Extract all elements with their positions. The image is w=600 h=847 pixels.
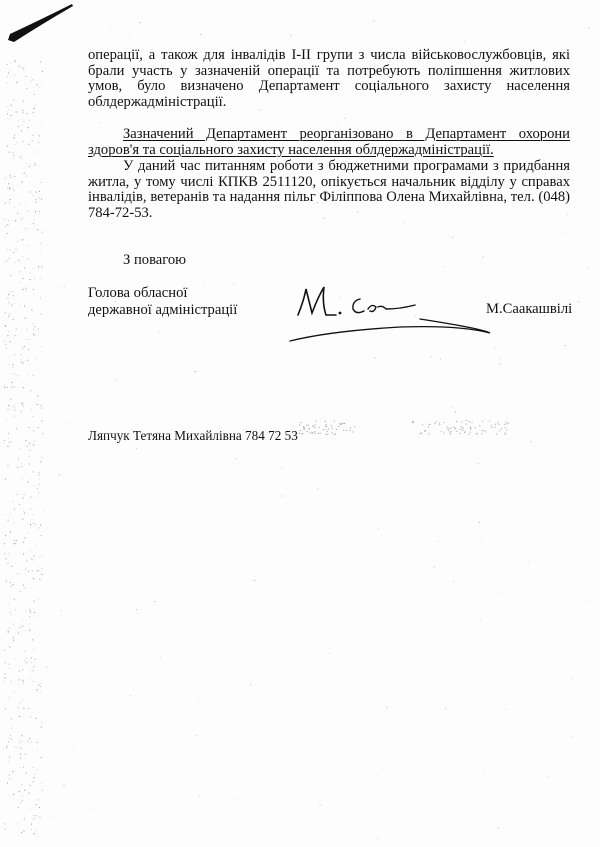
executor-contact: Ляпчук Тетяна Михайлівна 784 72 53	[88, 428, 298, 444]
scan-corner-mark	[0, 0, 90, 50]
paragraph-text: операції, а також для інвалідів І-ІІ гру…	[88, 48, 570, 110]
body-paragraph-3: У даний час питанням роботи з бюджетними…	[88, 159, 570, 221]
body-paragraph-1: операції, а також для інвалідів І-ІІ гру…	[88, 48, 570, 110]
paragraph-text: У даний час питанням роботи з бюджетними…	[88, 159, 570, 221]
closing-regards: З повагою	[123, 252, 186, 269]
signer-name: М.Саакашвілі	[486, 301, 572, 318]
body-paragraph-2: Зазначений Департамент реорганізовано в …	[88, 127, 570, 158]
signer-title-line-2: державної адміністрації	[88, 302, 237, 319]
highlighted-paragraph-text: Зазначений Департамент реорганізовано в …	[88, 127, 570, 158]
signer-title-line-1: Голова обласної	[88, 285, 237, 302]
scanned-document-page: операції, а також для інвалідів І-ІІ гру…	[0, 0, 600, 847]
signer-title: Голова обласної державної адміністрації	[88, 285, 237, 318]
